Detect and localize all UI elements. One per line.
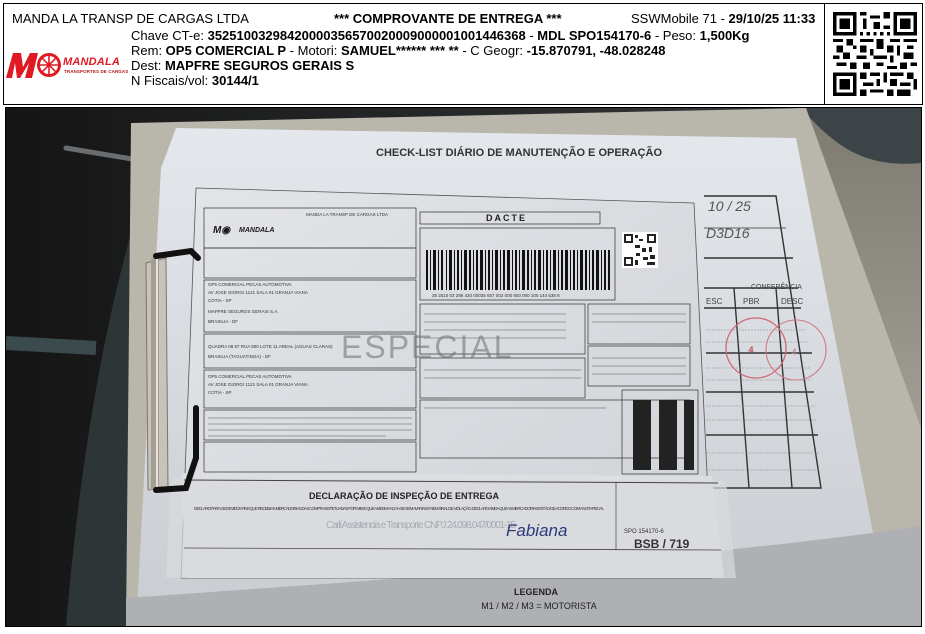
svg-text:35 2510 03 298 420 00035 657 0: 35 2510 03 298 420 00035 657 002 000 900… (432, 293, 560, 298)
svg-text:CHECK-LIST DIÁRIO DE MANUTENÇÃ: CHECK-LIST DIÁRIO DE MANUTENÇÃO E OPERAÇ… (376, 146, 662, 159)
svg-text:COTIA - SP: COTIA - SP (208, 298, 232, 303)
svg-text:MANDA LA TRANSP DE CARGAS LTDA: MANDA LA TRANSP DE CARGAS LTDA (306, 212, 388, 217)
dest-label: Dest: (131, 58, 165, 73)
nf-line: N Fiscais/vol: 30144/1 (131, 73, 750, 88)
svg-text:M◉: M◉ (213, 225, 231, 236)
delivery-photo-image: CHECK-LIST DIÁRIO DE MANUTENÇÃO E OPERAÇ… (6, 108, 921, 626)
rem-value: OP5 COMERCIAL P (166, 43, 286, 58)
mdl-code: MDL SPO154170-6 (537, 28, 651, 43)
chave-value: 3525100329842000035657002000900000100144… (208, 28, 526, 43)
company-name: MANDA LA TRANSP DE CARGAS LTDA (12, 11, 249, 26)
separator: - (717, 11, 729, 26)
document-title: *** COMPROVANTE DE ENTREGA *** (334, 11, 562, 26)
rem-label: Rem: (131, 43, 166, 58)
system-name: SSWMobile 71 (631, 11, 717, 26)
svg-text:QUADRA 08 87 RUA 800 LOTE 11 A: QUADRA 08 87 RUA 800 LOTE 11 AREAL (AGUA… (208, 344, 333, 349)
rem-line: Rem: OP5 COMERCIAL P - Motori: SAMUEL***… (131, 43, 750, 58)
qr-code-icon (833, 12, 917, 96)
header-divider (824, 4, 825, 104)
chave-label: Chave CT-e: (131, 28, 208, 43)
svg-text:D3D16: D3D16 (706, 225, 750, 241)
nf-value: 30144/1 (212, 73, 259, 88)
delivery-receipt-header: MANDA LA TRANSP DE CARGAS LTDA *** COMPR… (3, 3, 923, 105)
motorista-label: - Motori: (286, 43, 341, 58)
delivery-photo: CHECK-LIST DIÁRIO DE MANUTENÇÃO E OPERAÇ… (5, 107, 922, 627)
svg-text:ESC: ESC (706, 297, 723, 306)
svg-text:SPO 154170-6: SPO 154170-6 (624, 529, 664, 535)
nf-label: N Fiscais/vol: (131, 73, 212, 88)
svg-text:Fabiana: Fabiana (506, 521, 567, 540)
svg-text:LEGENDA: LEGENDA (514, 587, 559, 597)
svg-text:10 / 25: 10 / 25 (708, 198, 751, 214)
svg-text:4: 4 (791, 347, 796, 357)
geo-value: -15.870791, -48.028248 (527, 43, 666, 58)
peso-value: 1,500Kg (700, 28, 750, 43)
svg-text:OP5 COMERCIAL PECAS AUTOMOTIVA: OP5 COMERCIAL PECAS AUTOMOTIVA (208, 374, 292, 379)
svg-text:COTIA - SP: COTIA - SP (208, 390, 232, 395)
svg-text:MAPFRE SEGUROS GERAIS S.A.: MAPFRE SEGUROS GERAIS S.A. (208, 309, 279, 314)
mandala-logo: MANDALA TRANSPORTES DE CARGAS (6, 50, 126, 80)
svg-text:Carli Assistencia e Transporte: Carli Assistencia e Transporte CNPJ 24.0… (326, 520, 516, 531)
dest-value: MAPFRE SEGUROS GERAIS S (165, 58, 354, 73)
svg-text:CONFERÊNCIA: CONFERÊNCIA (751, 282, 802, 291)
motorista-value: SAMUEL****** *** ** (341, 43, 459, 58)
system-info: SSWMobile 71 - 29/10/25 11:33 (631, 11, 815, 26)
svg-text:ESPECIAL: ESPECIAL (341, 329, 514, 365)
svg-text:4: 4 (748, 345, 753, 355)
svg-text:AV JOSE GIORGI 1121 SALA 01 GR: AV JOSE GIORGI 1121 SALA 01 GRANJA VIANA (208, 290, 308, 295)
svg-text:DECLARAÇÃO DE INSPEÇÃO DE ENTR: DECLARAÇÃO DE INSPEÇÃO DE ENTREGA (309, 491, 500, 501)
receipt-details: Chave CT-e: 3525100329842000035657002000… (131, 28, 750, 88)
svg-text:BSB / 719: BSB / 719 (634, 537, 690, 551)
svg-text:PBR: PBR (743, 297, 760, 306)
logo-brand: MANDALA (63, 56, 120, 68)
dest-line: Dest: MAPFRE SEGUROS GERAIS S (131, 58, 750, 73)
separator: - (526, 28, 538, 43)
svg-text:BRASILIA - DF: BRASILIA - DF (208, 319, 238, 324)
svg-text:AV JOSE GIORGI 1121 SALA 01 GR: AV JOSE GIORGI 1121 SALA 01 GRANJA VIANA (208, 382, 308, 387)
svg-text:DACTE: DACTE (486, 213, 527, 223)
svg-text:OP5 COMERCIAL PECAS AUTOMOTIVA: OP5 COMERCIAL PECAS AUTOMOTIVA (208, 282, 292, 287)
svg-text:M1 / M2 / M3 = MOTORISTA: M1 / M2 / M3 = MOTORISTA (481, 601, 596, 611)
peso-label: - Peso: (651, 28, 699, 43)
svg-text:DECLARO PARA OS DEVIDOS FINS Q: DECLARO PARA OS DEVIDOS FINS QUE RECEBI … (194, 506, 605, 511)
logo-tagline: TRANSPORTES DE CARGAS (64, 69, 128, 74)
geo-label: - C Geogr: (459, 43, 527, 58)
svg-text:DESC: DESC (781, 297, 803, 306)
chave-line: Chave CT-e: 3525100329842000035657002000… (131, 28, 750, 43)
datetime: 29/10/25 11:33 (729, 11, 816, 26)
mandala-logo-mark-icon (6, 50, 64, 80)
svg-text:BRASILIA (TAGUATINGA) - DF: BRASILIA (TAGUATINGA) - DF (208, 354, 271, 359)
svg-text:MANDALA: MANDALA (239, 227, 274, 234)
